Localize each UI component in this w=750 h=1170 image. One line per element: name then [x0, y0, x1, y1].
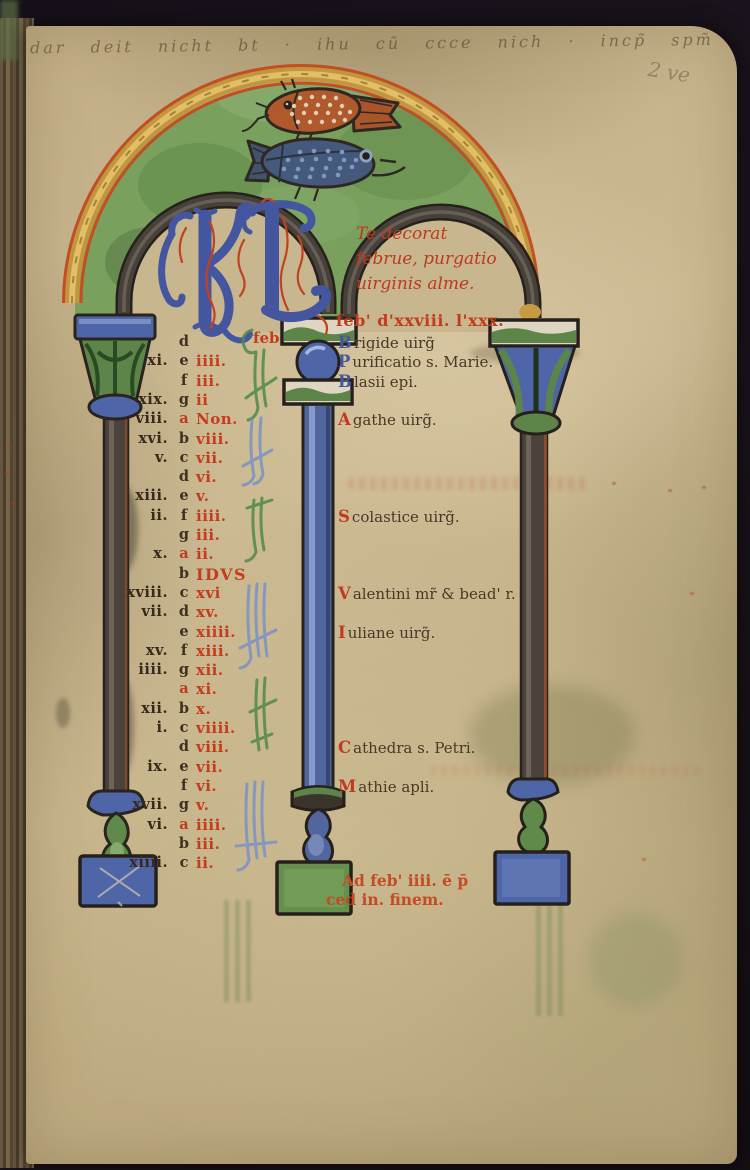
day-count: xiiii.	[196, 623, 236, 641]
feast-initial: A	[338, 410, 351, 429]
feast-entry	[338, 468, 340, 487]
calendar-row: viii. a Non. Agathe uirg̃.	[118, 410, 598, 429]
dominical-letter: b	[174, 430, 194, 447]
calendar-row: d viii. Cathedra s. Petri.	[118, 738, 598, 757]
day-count: ii.	[196, 854, 214, 872]
calendar-row: vii. d xv.	[118, 603, 598, 622]
dominical-letter: g	[174, 661, 194, 678]
day-count: IDVS	[196, 565, 247, 584]
golden-number: xviii.	[118, 584, 168, 601]
feast-text: athie apli.	[358, 778, 434, 796]
dominical-letter: c	[174, 719, 194, 736]
golden-number: vii.	[118, 603, 168, 620]
red-speck	[8, 446, 12, 449]
day-count: v.	[196, 796, 209, 814]
footer-line: Ad feb' iiii. ē p̄	[342, 871, 468, 890]
feast-entry	[338, 565, 340, 584]
calendar-row: xvi. b viii.	[118, 430, 598, 449]
golden-number: xvii.	[118, 796, 168, 813]
day-count: viii.	[196, 738, 230, 756]
red-speck	[668, 489, 672, 492]
calendar-row: d vi.	[118, 468, 598, 487]
day-count: xvi	[196, 584, 221, 602]
dominical-letter: f	[174, 642, 194, 659]
dominical-letter: g	[174, 796, 194, 813]
feast-entry: Purificatio s. Marie.	[338, 352, 493, 371]
calendar-row: g iii.	[118, 526, 598, 545]
golden-number: xiii.	[118, 487, 168, 504]
day-count: xv.	[196, 603, 219, 621]
verse-line: Te decorat	[356, 222, 497, 247]
calendar-row: iiii. g xii.	[118, 661, 598, 680]
day-count: xii.	[196, 661, 224, 679]
feast-entry	[338, 430, 340, 449]
day-count: ii	[196, 391, 208, 409]
calendar-row: f iii. Blasii epi.	[118, 372, 598, 391]
feast-entry	[338, 700, 340, 719]
calendar-row: f vi. Mathie apli.	[118, 777, 598, 796]
dominical-letter: b	[174, 565, 194, 582]
dominical-letter: a	[174, 410, 194, 427]
dominical-letter: c	[174, 449, 194, 466]
calendar-row: i. c viiii.	[118, 719, 598, 738]
feast-entry	[338, 391, 340, 410]
dominical-letter: f	[174, 777, 194, 794]
golden-number: x.	[118, 545, 168, 562]
calendar-row: xix. g ii	[118, 391, 598, 410]
feast-entry	[338, 719, 340, 738]
calendar-row: x. a ii.	[118, 545, 598, 564]
feast-entry	[338, 661, 340, 680]
golden-number: i.	[118, 719, 168, 736]
day-count: iiii.	[196, 352, 227, 370]
day-count: viii.	[196, 430, 230, 448]
calendar-header: feb' d'xxviii. l'xxx.	[336, 311, 504, 330]
red-speck	[642, 858, 646, 861]
feast-initial: M	[338, 777, 356, 796]
golden-number: xii.	[118, 700, 168, 717]
feast-entry: Blasii epi.	[338, 372, 418, 391]
manuscript-photo: dar deit nicht bt · ihu cũ ccce nich · i…	[0, 0, 750, 1170]
feast-entry	[338, 758, 340, 777]
golden-number: v.	[118, 449, 168, 466]
dominical-letter: b	[174, 835, 194, 852]
red-speck	[690, 592, 694, 595]
golden-number: vi.	[118, 816, 168, 833]
day-count: x.	[196, 700, 211, 718]
calendar-row: v. c vii.	[118, 449, 598, 468]
dominical-letter: a	[174, 816, 194, 833]
day-count: iii.	[196, 526, 220, 544]
calendar-row: ix. e vii.	[118, 758, 598, 777]
feast-entry: Valentini mr̃ & bead' r.	[338, 584, 516, 603]
feast-entry: Mathie apli.	[338, 777, 434, 796]
feast-initial: P	[338, 352, 350, 371]
feast-entry	[338, 854, 340, 873]
calendar-row: b IDVS	[118, 565, 598, 584]
calendar-row: xiii. e v.	[118, 487, 598, 506]
feast-initial: I	[338, 623, 346, 642]
feast-text: urificatio s. Marie.	[352, 353, 493, 371]
feast-entry: Agathe uirg̃.	[338, 410, 437, 429]
dominical-letter: c	[174, 854, 194, 871]
day-count: viiii.	[196, 719, 236, 737]
calendar-row: vi. a iiii.	[118, 816, 598, 835]
feast-entry: Brigide uirg̃	[338, 333, 435, 352]
golden-number: xi.	[118, 352, 168, 369]
feast-entry	[338, 526, 340, 545]
calendar-row: xv. f xiii.	[118, 642, 598, 661]
calendar-rows: d Brigide uirg̃ xi. e iiii. Purificatio …	[118, 333, 598, 893]
green-offset-marks	[224, 900, 252, 1002]
day-count: vii.	[196, 449, 223, 467]
feast-entry: Iuliane uirg̃.	[338, 623, 435, 642]
dominical-letter: f	[174, 372, 194, 389]
day-count: iiii.	[196, 507, 227, 525]
calendar-row: xi. e iiii. Purificatio s. Marie.	[118, 352, 598, 371]
golden-number: xv.	[118, 642, 168, 659]
feast-entry	[338, 835, 340, 854]
feast-text: alentini mr̃ & bead' r.	[353, 585, 516, 603]
dominical-letter: d	[174, 603, 194, 620]
dominical-letter: a	[174, 680, 194, 697]
dominical-letter: a	[174, 545, 194, 562]
feast-entry	[338, 642, 340, 661]
feast-entry	[338, 796, 340, 815]
calendar-row: e xiiii. Iuliane uirg̃.	[118, 623, 598, 642]
feast-text: rigide uirg̃	[354, 334, 435, 352]
calendar-row: xviii. c xvi Valentini mr̃ & bead' r.	[118, 584, 598, 603]
day-count: xiii.	[196, 642, 230, 660]
day-count: Non.	[196, 410, 238, 428]
feast-entry	[338, 487, 340, 506]
dominical-letter: f	[174, 507, 194, 524]
dominical-letter: e	[174, 623, 194, 640]
day-count: vi.	[196, 777, 217, 795]
dominical-letter: g	[174, 526, 194, 543]
feast-text: uliane uirg̃.	[348, 624, 436, 642]
dominical-letter: b	[174, 700, 194, 717]
calendar-row: b iii.	[118, 835, 598, 854]
feast-entry	[338, 816, 340, 835]
calendar-row: xii. b x.	[118, 700, 598, 719]
feast-initial: C	[338, 738, 351, 757]
feast-text: lasii epi.	[354, 373, 418, 391]
golden-number: viii.	[118, 410, 168, 427]
golden-number: xvi.	[118, 430, 168, 447]
fore-edge-green-tint	[0, 0, 18, 60]
day-count: xi.	[196, 680, 217, 698]
dominical-letter: c	[174, 584, 194, 601]
day-count: vii.	[196, 758, 223, 776]
red-speck	[5, 472, 9, 475]
feast-text: athedra s. Petri.	[353, 739, 475, 757]
footer-note: Ad feb' iiii. ē p̄ ced in. finem.	[342, 871, 468, 909]
verse-line: uirginis alme.	[356, 272, 497, 297]
calendar-row: d Brigide uirg̃	[118, 333, 598, 352]
feast-entry	[338, 449, 340, 468]
feast-initial: V	[338, 584, 351, 603]
dominical-letter: d	[174, 468, 194, 485]
february-verse: Te decorat februe, purgatio uirginis alm…	[356, 222, 497, 297]
golden-number: xiiii.	[118, 854, 168, 871]
golden-number: iiii.	[118, 661, 168, 678]
feast-entry: Cathedra s. Petri.	[338, 738, 475, 757]
red-speck	[11, 502, 15, 505]
feast-entry	[338, 545, 340, 564]
day-count: v.	[196, 487, 209, 505]
dominical-letter: d	[174, 738, 194, 755]
dominical-letter: d	[174, 333, 194, 350]
feast-initial: S	[338, 507, 350, 526]
feast-entry: Scolastice uirg̃.	[338, 507, 460, 526]
dominical-letter: e	[174, 487, 194, 504]
feast-entry	[338, 603, 340, 622]
dominical-letter: g	[174, 391, 194, 408]
day-count: vi.	[196, 468, 217, 486]
feast-initial: B	[338, 333, 352, 352]
day-count: iiii.	[196, 816, 227, 834]
golden-number: ii.	[118, 507, 168, 524]
dominical-letter: e	[174, 758, 194, 775]
golden-number: xix.	[118, 391, 168, 408]
calendar-row: ii. f iiii. Scolastice uirg̃.	[118, 507, 598, 526]
feast-entry	[338, 680, 340, 699]
calendar-row: xvii. g v.	[118, 796, 598, 815]
day-count: iii.	[196, 835, 220, 853]
red-speck	[702, 486, 706, 489]
dominical-letter: e	[174, 352, 194, 369]
golden-number: ix.	[118, 758, 168, 775]
verse-line: februe, purgatio	[356, 247, 497, 272]
feast-initial: B	[338, 372, 352, 391]
feast-text: gathe uirg̃.	[353, 411, 437, 429]
feast-text: colastice uirg̃.	[352, 508, 460, 526]
red-speck	[612, 482, 616, 485]
day-count: iii.	[196, 372, 220, 390]
calendar-row: a xi.	[118, 680, 598, 699]
footer-line: ced in. finem.	[326, 890, 468, 909]
day-count: ii.	[196, 545, 214, 563]
